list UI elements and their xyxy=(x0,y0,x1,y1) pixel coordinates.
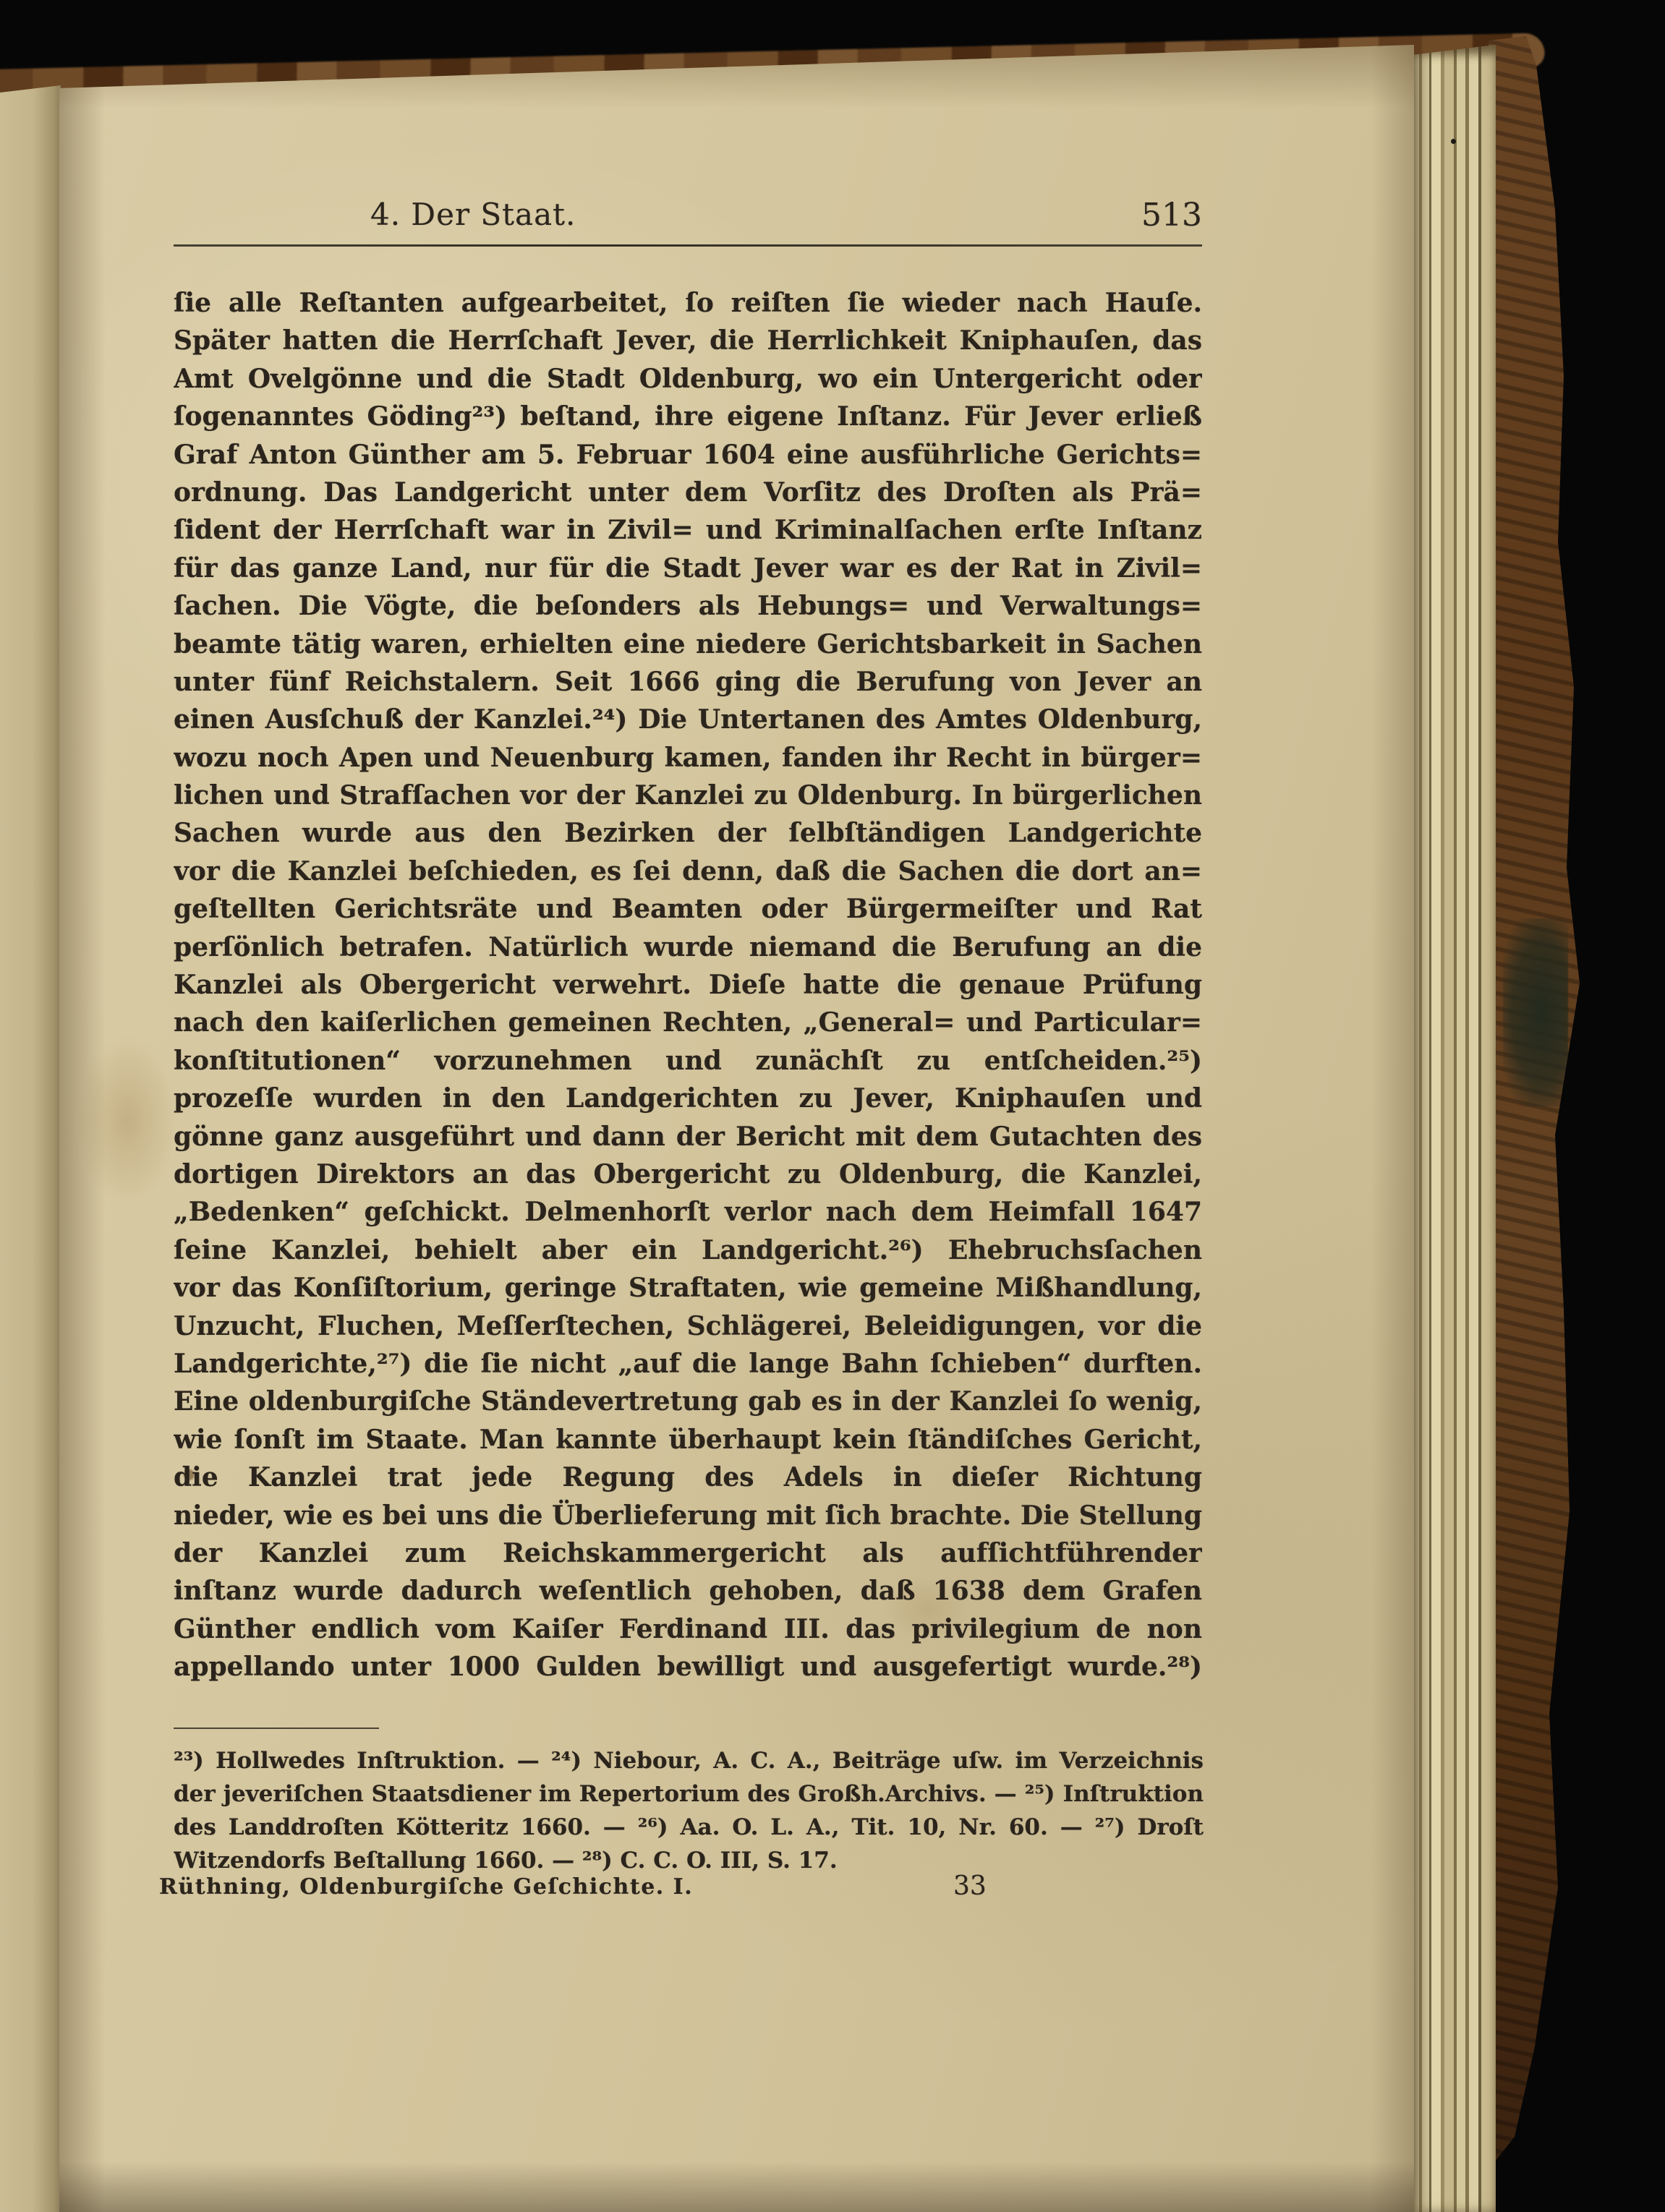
body-line: lichen und Strafſachen vor der Kanzlei z… xyxy=(174,777,1202,814)
body-line: wozu noch Apen und Neuenburg kamen, fand… xyxy=(174,739,1202,777)
running-header-chapter: 4. Der Staat. xyxy=(370,197,576,232)
facing-page-gutter xyxy=(0,0,61,2212)
body-line: ſident der Herrſchaft war in Zivil= und … xyxy=(174,511,1202,549)
header-rule xyxy=(174,244,1202,247)
body-line: Eine oldenburgiſche Ständevertretung gab… xyxy=(174,1383,1202,1420)
body-line: Günther endlich vom Kaiſer Ferdinand III… xyxy=(174,1610,1202,1648)
body-line: appellando unter 1000 Gulden bewilligt u… xyxy=(174,1648,1202,1686)
footnote-line: ²³) Hollwedes Inſtruktion. — ²⁴) Niebour… xyxy=(174,1744,1204,1777)
body-line: ſie alle Reſtanten aufgearbeitet, ſo rei… xyxy=(174,284,1202,322)
body-line: Kanzlei als Obergericht verwehrt. Dieſe … xyxy=(174,966,1202,1004)
cover-wear-patch xyxy=(1503,918,1568,1106)
body-line: ordnung. Das Landgericht unter dem Vorſi… xyxy=(174,474,1202,511)
body-line: ſachen. Die Vögte, die beſonders als Heb… xyxy=(174,587,1202,625)
body-line: der Kanzlei zum Reichskammergericht als … xyxy=(174,1534,1202,1572)
body-line: unter fünf Reichstalern. Seit 1666 ging … xyxy=(174,663,1202,701)
body-line: ſogenanntes Göding²³) beſtand, ihre eige… xyxy=(174,398,1202,435)
body-line: Später hatten die Herrſchaft Jever, die … xyxy=(174,322,1202,359)
body-line: Unzucht, Fluchen, Meſſerſtechen, Schläge… xyxy=(174,1307,1202,1345)
body-line: dortigen Direktors an das Obergericht zu… xyxy=(174,1156,1202,1193)
body-line: vor die Kanzlei beſchieden, es ſei denn,… xyxy=(174,853,1202,890)
body-line: vor das Konſiſtorium, geringe Straftaten… xyxy=(174,1269,1202,1307)
footnote-line: der jeveriſchen Staatsdiener im Repertor… xyxy=(174,1777,1204,1811)
footnote-rule xyxy=(174,1728,379,1729)
body-line: einen Ausſchuß der Kanzlei.²⁴) Die Unter… xyxy=(174,701,1202,738)
body-line: perſönlich betrafen. Natürlich wurde nie… xyxy=(174,928,1202,966)
footnote-line: des Landdroſten Kötteritz 1660. — ²⁶) Aa… xyxy=(174,1811,1204,1844)
book-fore-edge-pages xyxy=(1412,45,1496,2212)
body-line: nieder, wie es bei uns die Überlieferung… xyxy=(174,1497,1202,1534)
body-line: prozeſſe wurden in den Landgerichten zu … xyxy=(174,1080,1202,1117)
page-number: 513 xyxy=(1120,197,1202,234)
body-line: Amt Ovelgönne und die Stadt Oldenburg, w… xyxy=(174,360,1202,398)
body-line: beamte tätig waren, erhielten eine niede… xyxy=(174,625,1202,663)
body-line: gönne ganz ausgeführt und dann der Beric… xyxy=(174,1118,1202,1156)
paper-stain xyxy=(77,1034,178,1208)
sheet-signature-number: 33 xyxy=(953,1871,987,1901)
body-line: wie ſonſt im Staate. Man kannte überhaup… xyxy=(174,1421,1202,1459)
body-line: konſtitutionen“ vorzunehmen und zunächſt… xyxy=(174,1042,1202,1080)
body-line: die Kanzlei trat jede Regung des Adels i… xyxy=(174,1459,1202,1496)
body-line: nach den kaiſerlichen gemeinen Rechten, … xyxy=(174,1004,1202,1041)
book-cover-right-edge xyxy=(1489,36,1583,2177)
paper-speck xyxy=(1451,139,1456,144)
work-reference-footer: Rüthning, Oldenburgiſche Geſchichte. I. xyxy=(159,1874,693,1900)
footnote-line: Witzendorfs Beſtallung 1660. — ²⁸) C. C.… xyxy=(174,1844,1204,1877)
body-line: ſeine Kanzlei, behielt aber ein Landgeri… xyxy=(174,1231,1202,1269)
body-line: geſtellten Gerichtsräte und Beamten oder… xyxy=(174,890,1202,928)
body-line: inſtanz wurde dadurch weſentlich gehoben… xyxy=(174,1572,1202,1610)
body-line: Landgerichte,²⁷) die ſie nicht „auf die … xyxy=(174,1345,1202,1383)
body-line: „Bedenken“ geſchickt. Delmenhorſt verlor… xyxy=(174,1193,1202,1231)
book-scan: 4. Der Staat. 513 ſie alle Reſtanten auf… xyxy=(0,0,1665,2212)
body-text: ſie alle Reſtanten aufgearbeitet, ſo rei… xyxy=(174,284,1202,1686)
footnotes: ²³) Hollwedes Inſtruktion. — ²⁴) Niebour… xyxy=(174,1744,1204,1877)
body-line: für das ganze Land, nur für die Stadt Je… xyxy=(174,550,1202,587)
body-line: Sachen wurde aus den Bezirken der ſelbſt… xyxy=(174,814,1202,852)
body-line: Graf Anton Günther am 5. Februar 1604 ei… xyxy=(174,436,1202,474)
